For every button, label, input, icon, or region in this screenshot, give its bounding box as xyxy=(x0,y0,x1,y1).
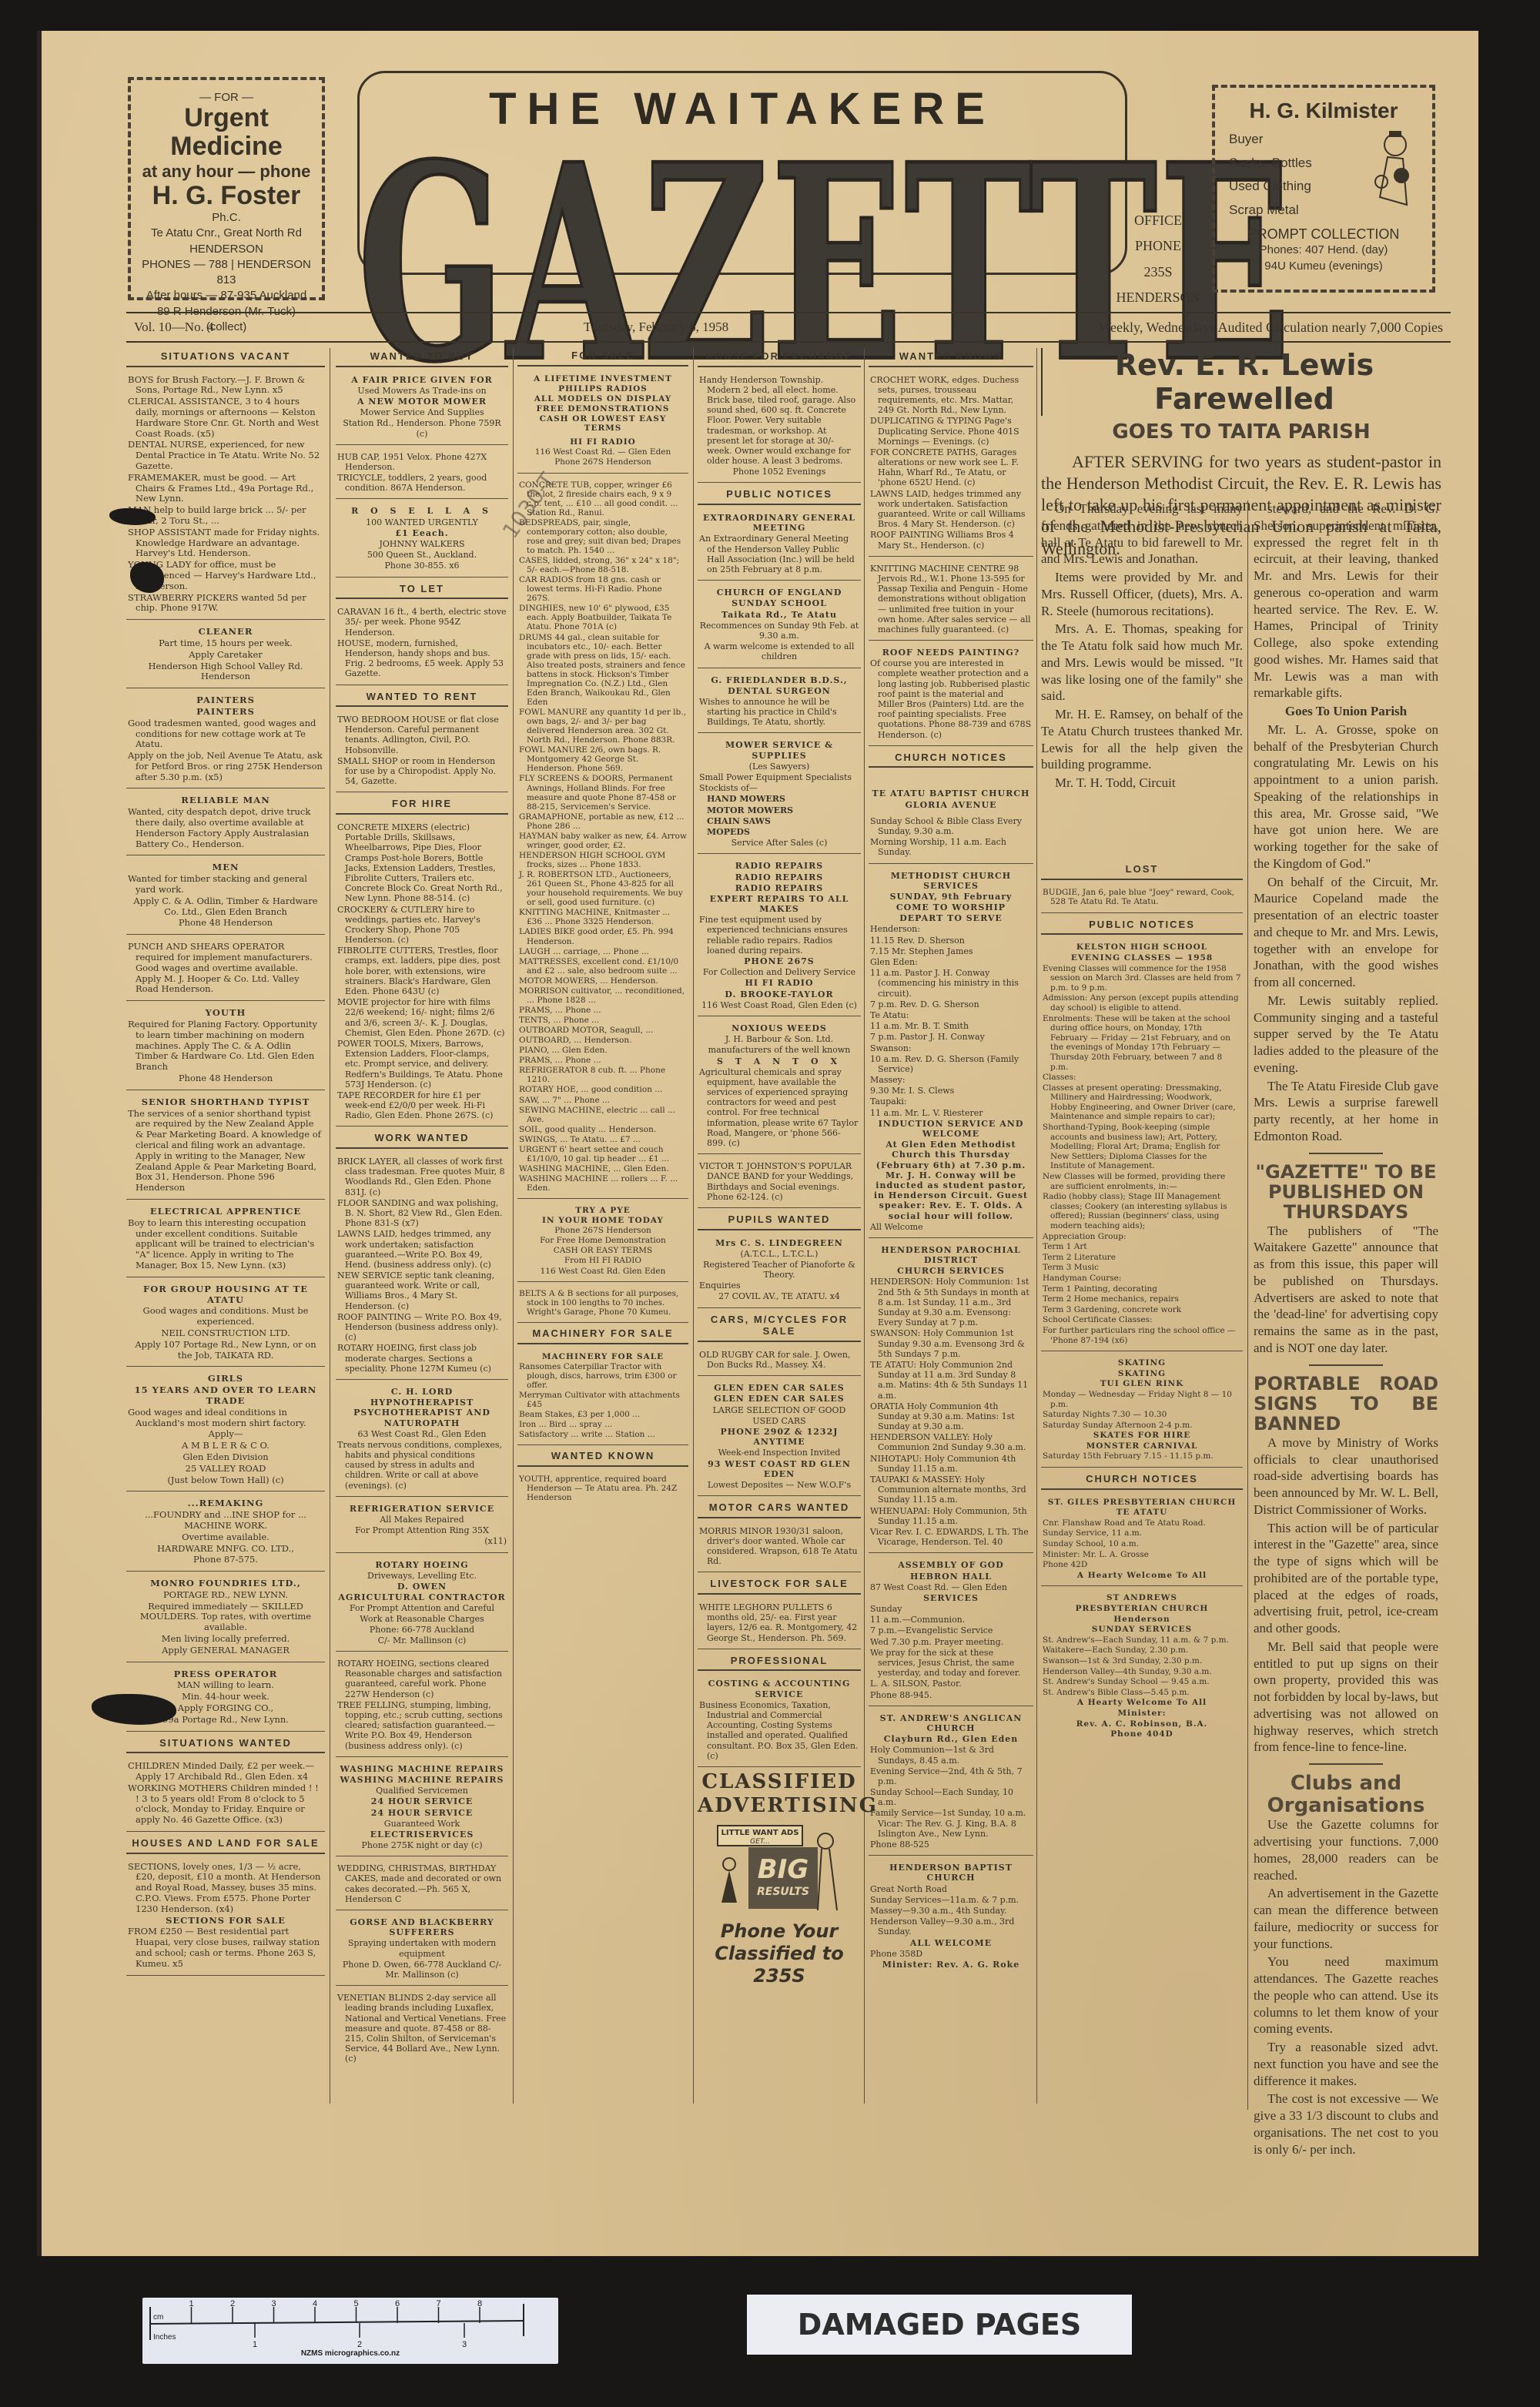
ad-text: Cnr. Flanshaw Road and Te Atatu Road. xyxy=(1043,1518,1241,1528)
ad-text: Henderson Valley—9.30 a.m., 3rd Sunday. xyxy=(870,1917,1032,1937)
ad-text: CHAIN SAWS xyxy=(699,816,859,826)
youth-apprentice-ad: YOUTH, apprentice, required board Hender… xyxy=(517,1471,688,1508)
classified-item: SECTIONS FOR SALE xyxy=(128,1916,323,1927)
ad-text: Small Power Equipment Specialists xyxy=(699,772,859,782)
classified-item: DUPLICATING & TYPING Page's Duplicating … xyxy=(870,416,1032,447)
refrigeration-ad: REFRIGERATION SERVICE All Makes Repaired… xyxy=(336,1500,508,1553)
car-sales-ad: GLEN EDEN CAR SALES GLEN EDEN CAR SALES … xyxy=(698,1379,861,1496)
classified-item: SMALL SHOP or room in Henderson for use … xyxy=(337,756,507,787)
ad-text: FOWL MANURE 2/6, own bags. R. Montgomery… xyxy=(519,745,687,773)
svg-text:4: 4 xyxy=(313,2299,317,2308)
ad-text: REFRIGERATOR 8 cub. ft. ... Phone 1210. xyxy=(519,1066,687,1084)
ad-text: Sunday Services—11a.m. & 7 p.m. xyxy=(870,1895,1032,1905)
svg-text:6: 6 xyxy=(395,2299,400,2308)
ad-text: Station Rd., Henderson. Phone 759R (c) xyxy=(337,418,507,438)
ad-text: Business Economics, Taxation, Industrial… xyxy=(699,1700,859,1761)
piano-teacher-ad: Mrs C. S. LINDEGREEN (A.T.C.L., L.T.C.L.… xyxy=(698,1234,861,1308)
section-heading: LIVESTOCK FOR SALE xyxy=(698,1575,861,1595)
article-paragraph: The publishers of "The Waitakere Gazette… xyxy=(1254,1223,1438,1357)
ad-text: Phone D. Owen, 66-778 Auckland C/- Mr. M… xyxy=(337,1960,507,1980)
article-paragraph: A move by Ministry of Works officials to… xyxy=(1254,1434,1438,1518)
ad-text: Service After Sales (c) xyxy=(699,838,859,848)
ad-text: 11.15 Rev. D. Sherson xyxy=(870,936,1032,946)
ad-heading: TRY A PYE xyxy=(519,1206,687,1215)
ad-text: Phone 267S Henderson xyxy=(519,457,687,467)
promo-text: Phone Your xyxy=(698,1920,861,1943)
ad-text: OUTBOARD MOTOR, Seagull, ... xyxy=(519,1026,687,1035)
ad-text: Monday — Wednesday — Friday Night 8 — 10… xyxy=(1043,1390,1241,1409)
ad-text: Phone 358D xyxy=(870,1949,1032,1959)
ad-heading: HYPNOTHERAPIST PSYCHOTHERAPIST AND NATUR… xyxy=(337,1398,507,1428)
ad-text: Shorthand-Typing, Book-keeping (simple a… xyxy=(1043,1123,1241,1171)
ad-heading: D. BROOKE-TAYLOR xyxy=(699,989,859,999)
ad-text: Sunday Service, 11 a.m. xyxy=(1043,1528,1241,1538)
ad-heading: SUNDAY, 9th February xyxy=(870,892,1032,902)
classified-item: POWER TOOLS, Mixers, Barrows, Extension … xyxy=(337,1039,507,1090)
ad-line: PHONES — 788 | HENDERSON 813 xyxy=(137,257,316,289)
section-heading: WANTED TO RENT xyxy=(336,688,508,708)
ad-heading: DEPART TO SERVE xyxy=(870,913,1032,923)
ad-heading: COSTING & ACCOUNTING SERVICE xyxy=(699,1679,859,1699)
office-line: PHONE xyxy=(1112,233,1204,259)
ad-text: (A.T.C.L., L.T.C.L.) xyxy=(699,1249,859,1259)
ad-text: Required for Planing Factory. Opportunit… xyxy=(128,1019,323,1073)
ad-text: TE ATATU: Holy Communion 2nd Sunday at 1… xyxy=(870,1360,1032,1401)
article-subheading: Goes To Union Parish xyxy=(1254,703,1438,720)
ad-text: (Les Sawyers) xyxy=(699,762,859,772)
ad-text: Good tradesmen wanted, good wages and co… xyxy=(128,718,323,750)
ad-text: Saturday 15th February 7.15 - 11.15 p.m. xyxy=(1043,1451,1241,1461)
ad-text: 11 a.m. Mr. L. V. Riesterer xyxy=(870,1108,1032,1118)
ad-text: Enquiries xyxy=(699,1280,859,1291)
ad-line: Sacks, Bottles xyxy=(1229,152,1312,176)
ad-heading: TUI GLEN RINK xyxy=(1043,1379,1241,1389)
junk-man-illustration-icon xyxy=(1364,128,1418,213)
ad-heading: Phone 404D xyxy=(1043,1729,1241,1739)
svg-text:GET...: GET... xyxy=(750,1838,770,1846)
ad-text: VENETIAN BLINDS 2-day service all leadin… xyxy=(337,1993,507,2064)
classified-item: LAWNS LAID, hedges trimmed, any work und… xyxy=(337,1229,507,1270)
section-heading: PUBLIC NOTICES xyxy=(698,486,861,505)
cakes-ad: WEDDING, CHRISTMAS, BIRTHDAY CAKES, made… xyxy=(336,1860,508,1910)
ad-heading: PAINTERS xyxy=(128,695,323,706)
ad-heading: FREE DEMONSTRATIONS xyxy=(519,404,687,413)
svg-text:7: 7 xyxy=(436,2299,440,2308)
dateline: Vol. 10—No. 4 Thursday, February 6, 1958… xyxy=(126,312,1451,343)
section-heading: SITUATIONS VACANT xyxy=(126,348,325,367)
ad-text: Term 1 Art xyxy=(1043,1242,1241,1252)
ad-line: H. G. Kilmister xyxy=(1221,99,1426,123)
ad-line: After hours — 87-935 Auckland xyxy=(137,288,316,303)
classified-advertising-promo: CLASSIFIED ADVERTISING LITTLE WANT ADS G… xyxy=(698,1770,861,1987)
ad-text: HAND MOWERS xyxy=(699,794,859,804)
big-results-illustration-icon: LITTLE WANT ADS GET... BIG RESULTS xyxy=(702,1818,856,1918)
ad-text: NIHOTAPU: Holy Communion 4th Sunday 11.1… xyxy=(870,1454,1032,1474)
ad-text: L. A. SILSON, Pastor. xyxy=(870,1679,1032,1689)
classified-item: STRAWBERRY PICKERS wanted 5d per chip. P… xyxy=(128,593,323,614)
classified-item: TAPE RECORDER for hire £1 per week-end £… xyxy=(337,1090,507,1121)
classified-item: ROOF PAINTING — Write P.O. Box 49, Hende… xyxy=(337,1312,507,1343)
classified-item: SECTIONS, lovely ones, 1/3 — ½ acre, £20… xyxy=(128,1862,323,1915)
ad-heading: Henderson xyxy=(1043,1615,1241,1625)
ad-text: Term 3 Gardening, concrete work xyxy=(1043,1305,1241,1315)
ad-heading: GLEN EDEN CAR SALES xyxy=(699,1383,859,1393)
ad-heading: WASHING MACHINE REPAIRS xyxy=(337,1764,507,1774)
ad-text: PUNCH AND SHEARS OPERATOR required for i… xyxy=(128,942,323,995)
ad-text: Apply Caretaker xyxy=(128,650,323,661)
ad-text: J. H. Barbour & Son. Ltd. xyxy=(699,1034,859,1044)
ad-text: Men living locally preferred. xyxy=(128,1634,323,1645)
ad-text: CAR RADIOS from 18 gns. cash or lowest t… xyxy=(519,575,687,603)
section-heading: FOR HIRE xyxy=(336,795,508,815)
reliable-man-ad: RELIABLE MAN Wanted, city despatch depot… xyxy=(126,792,325,855)
ad-text: Henderson: xyxy=(870,924,1032,934)
ad-line: HENDERSON xyxy=(137,242,316,257)
ad-text: Phone 88-525 xyxy=(870,1840,1032,1850)
ad-text: Phone 275K night or day (c) xyxy=(337,1840,507,1850)
ad-text: Phone 48 Henderson xyxy=(128,1073,323,1084)
divider xyxy=(1309,1763,1383,1765)
ad-heading: TE ATATU xyxy=(1043,1508,1241,1518)
ad-heading: Minister: Rev. A. G. Roke xyxy=(870,1960,1032,1970)
ad-text: MOTOR MOWERS xyxy=(699,805,859,815)
scale-ruler: 12345678 123 cm Inches NZMS micrographic… xyxy=(142,2298,558,2364)
ad-heading: PHILIPS RADIOS xyxy=(519,384,687,393)
article-paragraph: On behalf of the Circuit, Mr. Maurice Co… xyxy=(1254,874,1438,991)
ad-text: Phone: 66-778 Auckland xyxy=(337,1625,507,1635)
column-rule xyxy=(330,348,330,2104)
office-line: 235S xyxy=(1112,259,1204,285)
ad-text: Phone 42D xyxy=(1043,1560,1241,1570)
ad-heading: PRESBYTERIAN CHURCH xyxy=(1043,1604,1241,1614)
classified-item: MORRIS MINOR 1930/31 saloon, driver's do… xyxy=(699,1526,859,1567)
classified-list: SECTIONS, lovely ones, 1/3 — ½ acre, £20… xyxy=(126,1858,325,1976)
svg-text:5: 5 xyxy=(353,2299,358,2308)
ad-text: SWANSON: Holy Communion 1st Sunday 9.30 … xyxy=(870,1328,1032,1359)
apprentice-ad: ELECTRICAL APPRENTICE Boy to learn this … xyxy=(126,1203,325,1277)
ad-text: Term 2 Literature xyxy=(1043,1253,1241,1263)
svg-text:BIG: BIG xyxy=(758,1854,808,1885)
ad-text: Morning Worship, 11 a.m. Each Sunday. xyxy=(870,837,1032,857)
section-heading: WANTED KNOWN xyxy=(517,1448,688,1467)
ad-text: KNITTING MACHINE CENTRE 98 Jervois Rd., … xyxy=(870,564,1032,634)
article-paragraph: This action will be of particular intere… xyxy=(1254,1520,1438,1637)
office-line: OFFICE xyxy=(1112,208,1204,233)
section-heading: HOUSE FOR EXCHANGE xyxy=(698,348,861,367)
ad-text: HENDERSON: Holy Communion: 1st 2nd 5th &… xyxy=(870,1277,1032,1327)
column-lost-public: LOST BUDGIE, Jan 6, pale blue "Joey" rew… xyxy=(1041,861,1243,1748)
ad-line: Buyer xyxy=(1229,128,1312,152)
promo-title: ADVERTISING xyxy=(698,1794,861,1818)
damaged-pages-label: DAMAGED PAGES xyxy=(747,2295,1132,2355)
ad-heading: 15 YEARS AND OVER TO LEARN TRADE xyxy=(128,1385,323,1407)
ad-heading: HENDERSON PAROCHIAL DISTRICT xyxy=(870,1245,1032,1265)
sunday-school-notice: CHURCH OF ENGLAND SUNDAY SCHOOL Taikata … xyxy=(698,584,861,668)
svg-text:1: 1 xyxy=(253,2340,257,2349)
classified-item: HUB CAP, 1951 Velox. Phone 427X Henderso… xyxy=(337,452,507,472)
parochial-notice: HENDERSON PAROCHIAL DISTRICTCHURCH SERVI… xyxy=(869,1241,1033,1553)
ad-text: manufacturers of the well known xyxy=(699,1045,859,1055)
ad-text: 87 West Coast Rd. — Glen Eden xyxy=(870,1582,1032,1592)
ad-text: We pray for the sick at these services, … xyxy=(870,1648,1032,1679)
ad-line: Scrap Metal xyxy=(1229,199,1312,223)
svg-text:1: 1 xyxy=(189,2299,193,2308)
ad-heading: GLORIA AVENUE xyxy=(870,800,1032,810)
ad-text: MOPEDS xyxy=(699,827,859,837)
ad-heading: KELSTON HIGH SCHOOL xyxy=(1043,942,1241,952)
svg-text:LITTLE WANT ADS: LITTLE WANT ADS xyxy=(721,1829,799,1837)
ad-text: WEDDING, CHRISTMAS, BIRTHDAY CAKES, made… xyxy=(337,1863,507,1904)
ad-text: School Certificate Classes: xyxy=(1043,1315,1241,1325)
ad-heading: SERVICES xyxy=(870,1593,1032,1603)
ad-text: Term 2 Home mechanics, repairs xyxy=(1043,1294,1241,1304)
ad-text: 63 West Coast Rd., Glen Eden xyxy=(337,1429,507,1439)
ad-text: J. R. ROBERTSON LTD., Auctioneers, 261 Q… xyxy=(519,870,687,907)
article-paragraph: On Thursday evening last many friends ga… xyxy=(1041,500,1243,567)
ad-text: Term 3 Music xyxy=(1043,1263,1241,1273)
classified-item: ROTARY HOEING, sections cleared Reasonab… xyxy=(337,1659,507,1699)
rotary-hoeing-ad: ROTARY HOEING Driveways, Levelling Etc. … xyxy=(336,1556,508,1652)
ad-text: Stockists of— xyxy=(699,783,859,793)
classified-item: HOUSE, modern, furnished, Henderson, han… xyxy=(337,638,507,679)
ad-text: Swanson: xyxy=(870,1043,1032,1053)
ad-text: (x11) xyxy=(337,1536,507,1546)
svg-text:2: 2 xyxy=(230,2299,235,2308)
svg-text:Inches: Inches xyxy=(153,2333,176,2342)
ad-text: HENDERSON HIGH SCHOOL GYM frocks, sizes … xyxy=(519,851,687,869)
ad-heading: 93 WEST COAST RD GLEN EDEN xyxy=(699,1459,859,1479)
ad-heading: ASSEMBLY OF GOD xyxy=(870,1560,1032,1570)
ad-text: Glen Eden: xyxy=(870,957,1032,967)
ad-text: 11 a.m. Mr. B. T. Smith xyxy=(870,1021,1032,1031)
typist-ad: SENIOR SHORTHAND TYPIST The services of … xyxy=(126,1093,325,1200)
svg-text:8: 8 xyxy=(477,2299,482,2308)
article-paragraph: Items were provided by Mr. and Mrs. Russ… xyxy=(1041,569,1243,619)
ad-text: Registered Teacher of Pianoforte & Theor… xyxy=(699,1260,859,1280)
classified-item: NEW SERVICE septic tank cleaning, guaran… xyxy=(337,1270,507,1311)
ad-text: Sunday School & Bible Class Every Sunday… xyxy=(870,816,1032,836)
ad-heading: A FAIR PRICE GIVEN FOR xyxy=(337,375,507,385)
road-signs-headline: PORTABLE ROAD SIGNS TO BE BANNED xyxy=(1254,1374,1438,1434)
ad-text: Part time, 15 hours per week. xyxy=(128,638,323,649)
kilmister-ad: H. G. Kilmister Buyer Sacks, Bottles Use… xyxy=(1212,85,1435,293)
ad-heading: HI FI RADIO xyxy=(699,978,859,988)
clubs-headline: Clubs and Organisations xyxy=(1254,1773,1438,1816)
classified-list: CROCHET WORK, edges. Duchess sets, purse… xyxy=(869,371,1033,557)
egm-notice: EXTRAORDINARY GENERAL MEETING An Extraor… xyxy=(698,509,861,581)
ad-heading: YOUTH xyxy=(128,1008,323,1019)
ad-text: 27 COVIL AV., TE ATATU. x4 xyxy=(699,1291,859,1301)
ad-heading: R O S E L L A S xyxy=(337,506,507,516)
ad-heading: ROTARY HOEING xyxy=(337,1560,507,1570)
ad-text: Used Mowers As Trade-ins on xyxy=(337,386,507,396)
ad-text: For Prompt Attention Ring 35X xyxy=(337,1525,507,1535)
ad-text: NEIL CONSTRUCTION LTD. xyxy=(128,1328,323,1339)
column-wanted-known: WANTED KNOWN CROCHET WORK, edges. Duches… xyxy=(869,348,1033,1978)
ad-text: Minister: Mr. L. A. Grosse xyxy=(1043,1550,1241,1560)
ad-text: GRAMAPHONE, portable as new, £12 ... Pho… xyxy=(519,812,687,831)
group-housing-ad: FOR GROUP HOUSING AT TE ATATU Good wages… xyxy=(126,1280,325,1368)
ad-heading: C. H. LORD xyxy=(337,1387,507,1397)
section-heading: PUBLIC NOTICES xyxy=(1041,916,1243,936)
ad-text: Phone 267S Henderson xyxy=(519,1226,687,1235)
ad-text: WASHING MACHINE ... rollers ... F. ... E… xyxy=(519,1174,687,1193)
ad-text: Saturday Nights 7.30 — 10.30 xyxy=(1043,1410,1241,1420)
ad-text: Vicar Rev. I. C. EDWARDS, L Th. The Vica… xyxy=(870,1527,1032,1547)
ad-text: Te Atatu: xyxy=(870,1010,1032,1020)
ad-heading: CHURCH OF ENGLAND xyxy=(699,588,859,598)
classified-list: WHITE LEGHORN PULLETS 6 months old, 25/-… xyxy=(698,1599,861,1649)
ad-heading: Rev. A. C. Robinson, B.A. xyxy=(1043,1719,1241,1729)
svg-text:RESULTS: RESULTS xyxy=(757,1886,809,1898)
ad-heading: CASH OR LOWEST EASY TERMS xyxy=(519,414,687,433)
classified-list: OLD RUGBY CAR for sale. J. Owen, Don Buc… xyxy=(698,1346,861,1376)
classified-item: BUDGIE, Jan 6, pale blue "Joey" reward, … xyxy=(1043,888,1241,907)
column-rule xyxy=(1247,500,1248,2110)
ad-text: BELTS A & B sections for all purposes, s… xyxy=(519,1289,687,1317)
ad-text: St. Andrew's—Each Sunday, 11 a.m. & 7 p.… xyxy=(1043,1635,1241,1645)
ad-text: PRAMS, ... Phone ... xyxy=(519,1006,687,1015)
section-heading: TO LET xyxy=(336,581,508,600)
ad-text: Recommences on Sunday 9th Feb. at 9.30 a… xyxy=(699,621,859,641)
ad-heading: GORSE AND BLACKBERRY SUFFERERS xyxy=(337,1917,507,1937)
ad-text: 11 a.m.—Communion. xyxy=(870,1615,1032,1625)
ad-text: DINGHIES, new 10' 6" plywood, £35 each. … xyxy=(519,604,687,631)
cleaner-ad: CLEANER Part time, 15 hours per week. Ap… xyxy=(126,623,325,688)
lord-ad: C. H. LORD HYPNOTHERAPIST PSYCHOTHERAPIS… xyxy=(336,1383,508,1497)
ad-text: For Collection and Delivery Service xyxy=(699,967,859,977)
classified-item: CROCKERY & CUTLERY hire to weddings, par… xyxy=(337,905,507,946)
ad-text: C/- Mr. Mallinson (c) xyxy=(337,1635,507,1645)
ad-heading: NOXIOUS WEEDS xyxy=(699,1023,859,1033)
ad-text: Appreciation Group: xyxy=(1043,1232,1241,1242)
ad-heading: CLEANER xyxy=(128,627,323,638)
section-heading: CHURCH NOTICES xyxy=(869,749,1033,768)
machinery-ad: MACHINERY FOR SALE Ransomes Caterpillar … xyxy=(517,1348,688,1446)
ad-heading: MACHINERY FOR SALE xyxy=(519,1352,687,1361)
classified-item: TREE FELLING, stumping, limbing, topping… xyxy=(337,1700,507,1751)
ad-heading: MEN xyxy=(128,862,323,873)
ad-heading: MONRO FOUNDRIES LTD., xyxy=(128,1578,323,1589)
ad-heading: MOWER SERVICE & SUPPLIES xyxy=(699,740,859,760)
classified-list: TWO BEDROOM HOUSE or flat close Henderso… xyxy=(336,711,508,792)
ad-text: 10 a.m. Rev. D. G. Sherson (Family Servi… xyxy=(870,1054,1032,1074)
classified-list: CONCRETE MIXERS (electric) Portable Dril… xyxy=(336,819,508,1127)
classified-item: FLOOR SANDING and wax polishing, B. N. S… xyxy=(337,1198,507,1229)
ad-text: Saturday Sunday Afternoon 2-4 p.m. xyxy=(1043,1421,1241,1431)
ad-text: 500 Queen St., Auckland. xyxy=(337,550,507,560)
ad-text: WHENUAPAI: Holy Communion, 5th Sunday 11… xyxy=(870,1506,1032,1526)
svg-text:3: 3 xyxy=(271,2299,276,2308)
article-paragraph: The Te Atatu Fireside Club gave Mrs. Lew… xyxy=(1254,1078,1438,1145)
divider xyxy=(1309,1364,1383,1366)
ad-text: CASH OR EASY TERMS xyxy=(519,1246,687,1255)
ad-text: 7.15 Mr. Stephen James xyxy=(870,946,1032,956)
ad-text: Phone 48 Henderson xyxy=(128,918,323,929)
ad-text: (Just below Town Hall) (c) xyxy=(128,1475,323,1486)
ad-text: Of course you are interested in complete… xyxy=(870,658,1032,740)
classified-item: FIBROLITE CUTTERS, Trestles, floor cramp… xyxy=(337,946,507,996)
ad-text: LARGE SELECTION OF GOOD xyxy=(699,1405,859,1415)
radio-repairs-ad: RADIO REPAIRS RADIO REPAIRS RADIO REPAIR… xyxy=(698,857,861,1016)
classified-list: CONCRETE TUB, copper, wringer £6 the lot… xyxy=(517,477,688,1200)
section-heading: SITUATIONS WANTED xyxy=(126,1735,325,1754)
article-paragraph: Mr. H. E. Ramsey, on behalf of the Te At… xyxy=(1041,706,1243,773)
ad-text: SEWING MACHINE, electric ... call ... Av… xyxy=(519,1106,687,1124)
ad-heading: D. OWEN xyxy=(337,1582,507,1592)
ad-heading: SUNDAY SERVICES xyxy=(1043,1625,1241,1635)
article-paragraph: Use the Gazette columns for advertising … xyxy=(1254,1816,1438,1883)
ad-text: Apply GENERAL MANAGER xyxy=(128,1645,323,1656)
gorse-ad: GORSE AND BLACKBERRY SUFFERERS Spraying … xyxy=(336,1913,508,1986)
column-situations-vacant: SITUATIONS VACANT BOYS for Brush Factory… xyxy=(126,348,325,1979)
ad-heading: REFRIGERATION SERVICE xyxy=(337,1504,507,1514)
ad-heading: Mrs C. S. LINDEGREEN xyxy=(699,1238,859,1248)
ad-heading: TE ATATU BAPTIST CHURCH xyxy=(870,788,1032,798)
ad-text: Apply C. & A. Odlin, Timber & Hardware C… xyxy=(128,896,323,918)
ad-text: Wed 7.30 p.m. Prayer meeting. xyxy=(870,1637,1032,1647)
ad-heading: GIRLS xyxy=(128,1374,323,1384)
monro-ad: MONRO FOUNDRIES LTD., PORTAGE RD., NEW L… xyxy=(126,1575,325,1662)
ad-text: Henderson Valley—4th Sunday, 9.30 a.m. xyxy=(1043,1667,1241,1677)
ad-text: Wanted for timber stacking and general y… xyxy=(128,874,323,896)
ad-text: 7 p.m.—Evangelistic Service xyxy=(870,1625,1032,1635)
rosellas-ad: R O S E L L A S 100 WANTED URGENTLY £1 E… xyxy=(336,502,508,577)
classified-item: DENTAL NURSE, experienced, for new Denta… xyxy=(128,440,323,471)
philips-radio-ad: A LIFETIME INVESTMENT PHILIPS RADIOS ALL… xyxy=(517,370,688,474)
article-headline: Rev. E. R. Lewis Farewelled xyxy=(1041,348,1441,416)
ad-heading: FOR GROUP HOUSING AT TE ATATU xyxy=(128,1284,323,1306)
promo-text: Classified to 235S xyxy=(698,1943,861,1987)
ad-text: ...FOUNDRY and ...INE SHOP for ... MACHI… xyxy=(128,1510,323,1532)
ad-text: Lowest Deposites — New W.O.F's xyxy=(699,1480,859,1490)
classified-item: CONCRETE MIXERS (electric) Portable Dril… xyxy=(337,822,507,904)
ad-text: Radio (hobby class); Stage III Managemen… xyxy=(1043,1192,1241,1230)
office-line: HENDERSON xyxy=(1112,285,1204,310)
girls-ad: GIRLS 15 YEARS AND OVER TO LEARN TRADE G… xyxy=(126,1370,325,1491)
ad-text: TENTS, ... Phone ... xyxy=(519,1016,687,1025)
ad-heading: ROOF NEEDS PAINTING? xyxy=(870,648,1032,658)
ad-line: Te Atatu Cnr., Great North Rd xyxy=(137,226,316,241)
methodist-notice: METHODIST CHURCH SERVICESSUNDAY, 9th Feb… xyxy=(869,867,1033,1238)
classified-item: MAN help to build large brick ... 5/- pe… xyxy=(128,505,323,527)
classified-list: CARAVAN 16 ft., 4 berth, electric stove … xyxy=(336,603,508,685)
svg-text:cm: cm xyxy=(153,2313,163,2322)
classified-item: TWO BEDROOM HOUSE or flat close Henderso… xyxy=(337,715,507,755)
article-paragraph: Mr. T. H. Todd, Circuit xyxy=(1041,775,1243,792)
ad-heading: 24 HOUR SERVICE xyxy=(337,1796,507,1806)
ad-text: OUTBOARD, ... Henderson. xyxy=(519,1036,687,1045)
ad-text: Phone 30-855. x6 xyxy=(337,561,507,571)
kelston-evening-classes: KELSTON HIGH SCHOOLEVENING CLASSES — 195… xyxy=(1041,939,1243,1351)
classified-item: FRAMEMAKER, must be good. — Art Chairs &… xyxy=(128,473,323,504)
divider xyxy=(1309,1153,1383,1154)
ad-text: MOTOR MOWERS, ... Henderson. xyxy=(519,976,687,986)
ad-line: Phones: 407 Hend. (day) xyxy=(1221,243,1426,258)
ad-text: Apply— xyxy=(128,1429,323,1440)
promo-title: CLASSIFIED xyxy=(698,1770,861,1794)
ad-heading: EXTRAORDINARY GENERAL MEETING xyxy=(699,513,859,533)
ad-text: Fine test equipment used by experienced … xyxy=(699,915,859,956)
ad-text: Classes: xyxy=(1043,1073,1241,1083)
classified-item: ROOF PAINTING Williams Bros 4 Mary St., … xyxy=(870,530,1032,550)
ad-heading: HEBRON HALL xyxy=(870,1572,1032,1582)
ad-text: An Extraordinary General Meeting of the … xyxy=(699,534,859,574)
ad-text: Handyman Course: xyxy=(1043,1274,1241,1284)
baptist-te-atatu-notice: TE ATATU BAPTIST CHURCH GLORIA AVENUE Su… xyxy=(869,772,1033,863)
ad-text: Boy to learn this interesting occupation… xyxy=(128,1218,323,1271)
svg-text:3: 3 xyxy=(462,2340,467,2349)
